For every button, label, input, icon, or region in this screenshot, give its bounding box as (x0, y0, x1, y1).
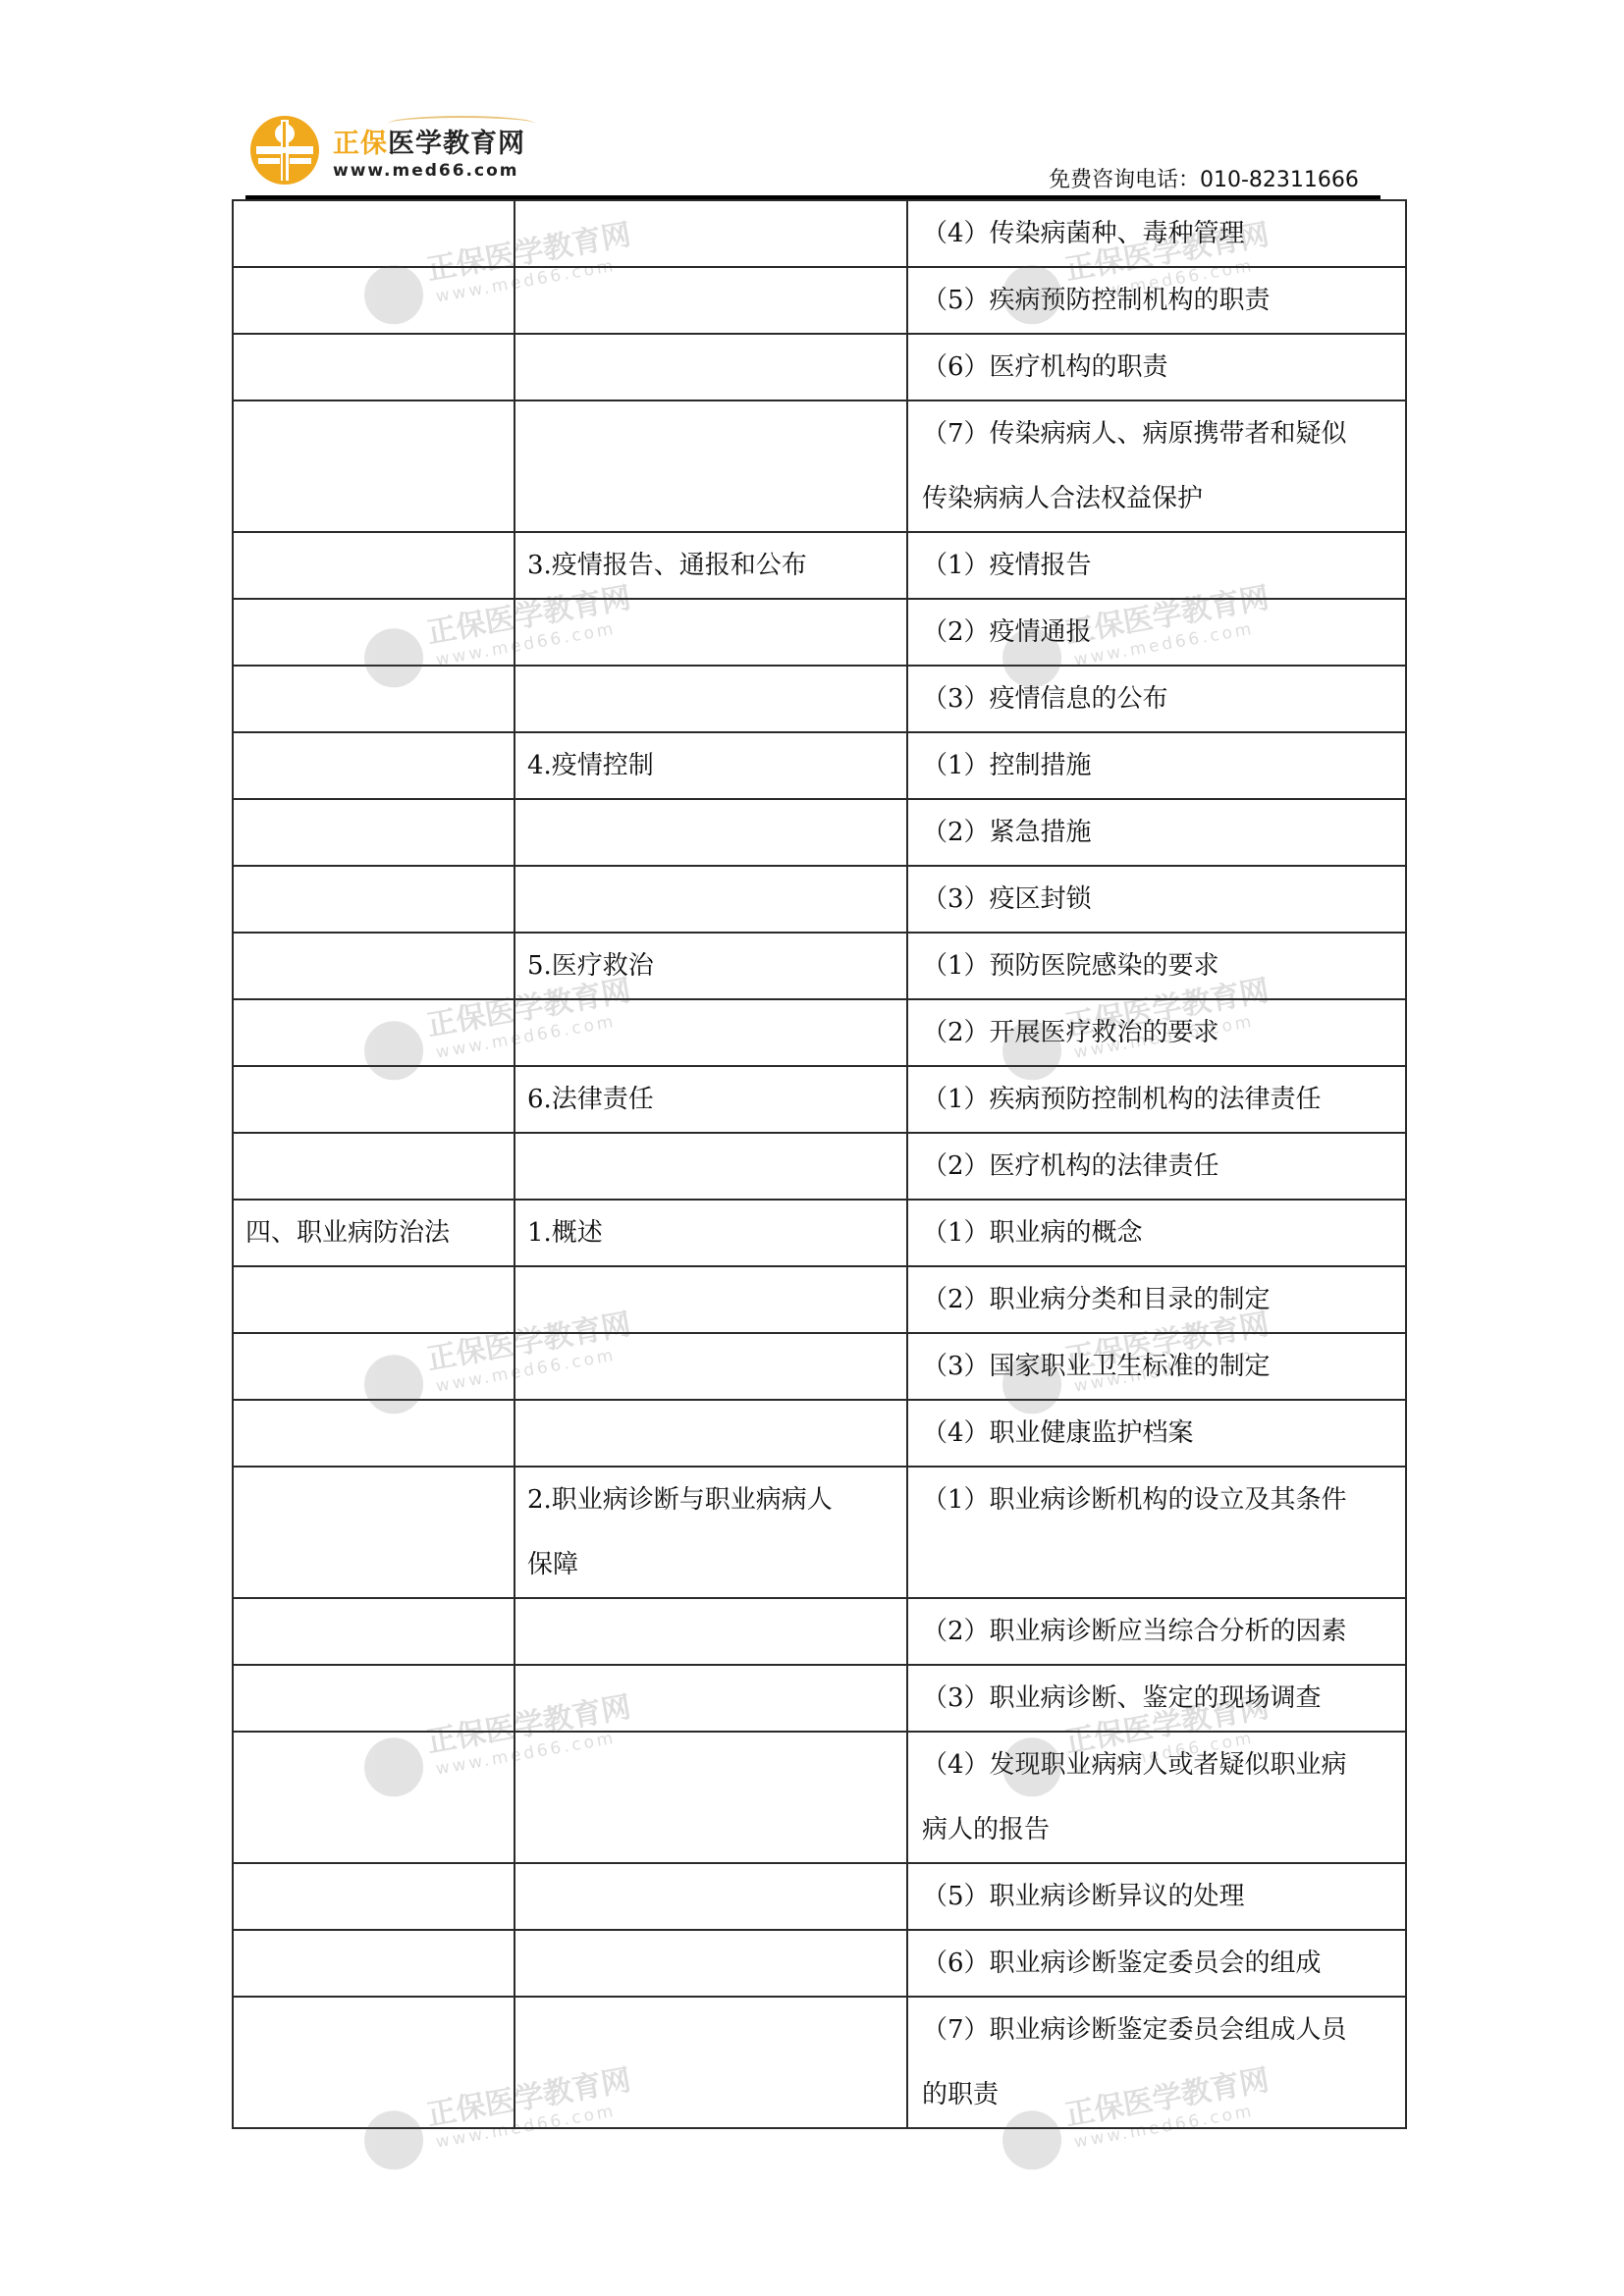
table-row: （4）传染病菌种、毒种管理 (233, 200, 1406, 267)
cell-text-line: （5）职业病诊断异议的处理 (922, 1864, 1399, 1929)
table-row: （5）疾病预防控制机构的职责 (233, 267, 1406, 334)
table-row: （2）职业病分类和目录的制定 (233, 1266, 1406, 1333)
cell-text-line: （1）职业病诊断机构的设立及其条件 (922, 1468, 1399, 1532)
logo-brand: 正保 (333, 129, 388, 159)
cell-text-line: （7）传染病病人、病原携带者和疑似 (922, 401, 1399, 466)
point-cell: （2）职业病诊断应当综合分析的因素 (907, 1598, 1406, 1665)
table-row: （2）紧急措施 (233, 799, 1406, 866)
unit-cell (514, 334, 907, 400)
unit-cell: 5.医疗救治 (514, 933, 907, 999)
unit-cell (514, 1732, 907, 1863)
cell-text (245, 401, 502, 466)
cell-text (245, 1733, 502, 1797)
cell-text-line: （3）疫区封锁 (922, 867, 1399, 932)
unit-cell: 3.疫情报告、通报和公布 (514, 532, 907, 599)
point-cell: （2）疫情通报 (907, 599, 1406, 666)
syllabus-table-body: （4）传染病菌种、毒种管理 （5）疾病预防控制机构的职责 （6）医疗机构的职责 … (233, 200, 1406, 2128)
cell-text (245, 1334, 502, 1399)
point-cell: （7）职业病诊断鉴定委员会组成人员的职责 (907, 1997, 1406, 2128)
cell-text (245, 201, 502, 266)
unit-cell: 6.法律责任 (514, 1066, 907, 1133)
point-cell: （7）传染病病人、病原携带者和疑似传染病病人合法权益保护 (907, 400, 1406, 532)
cell-text-line: 保障 (527, 1532, 894, 1597)
chapter-cell (233, 1400, 514, 1467)
unit-cell (514, 400, 907, 532)
chapter-cell (233, 1333, 514, 1400)
table-row: 6.法律责任（1）疾病预防控制机构的法律责任 (233, 1066, 1406, 1133)
unit-cell (514, 866, 907, 933)
cell-text-line: （1）预防医院感染的要求 (922, 934, 1399, 998)
unit-cell (514, 599, 907, 666)
logo-brand-rest: 医学教育网 (388, 129, 525, 159)
cell-text-line: （2）紧急措施 (922, 800, 1399, 865)
cell-text (527, 335, 894, 400)
cell-text (527, 1931, 894, 1996)
cell-text-line: （2）职业病诊断应当综合分析的因素 (922, 1599, 1399, 1664)
chapter-cell (233, 866, 514, 933)
table-row: （3）国家职业卫生标准的制定 (233, 1333, 1406, 1400)
cell-text-line: （1）控制措施 (922, 733, 1399, 798)
chapter-cell (233, 200, 514, 267)
cell-text-line: 2.职业病诊断与职业病病人 (527, 1468, 894, 1532)
cell-text (527, 1334, 894, 1399)
cell-text (245, 1267, 502, 1332)
cell-text-line: 病人的报告 (922, 1797, 1399, 1862)
unit-cell (514, 999, 907, 1066)
point-cell: （3）疫情信息的公布 (907, 666, 1406, 732)
cell-text (245, 1134, 502, 1199)
cell-text (245, 867, 502, 932)
cell-text (527, 1666, 894, 1731)
cell-text-line: 传染病病人合法权益保护 (922, 466, 1399, 531)
table-row: （4）职业健康监护档案 (233, 1400, 1406, 1467)
unit-cell (514, 1665, 907, 1732)
cell-text (527, 401, 894, 466)
chapter-cell (233, 1598, 514, 1665)
cell-text (245, 934, 502, 998)
chapter-cell (233, 1066, 514, 1133)
chapter-cell (233, 267, 514, 334)
point-cell: （2）紧急措施 (907, 799, 1406, 866)
cell-text (245, 1599, 502, 1664)
consult-phone: 免费咨询电话：010-82311666 (1049, 163, 1359, 193)
table-row: 4.疫情控制（1）控制措施 (233, 732, 1406, 799)
point-cell: （1）控制措施 (907, 732, 1406, 799)
point-cell: （4）传染病菌种、毒种管理 (907, 200, 1406, 267)
cell-text-line: （4）职业健康监护档案 (922, 1401, 1399, 1466)
chapter-cell (233, 1732, 514, 1863)
unit-cell (514, 200, 907, 267)
unit-cell (514, 1333, 907, 1400)
cell-text (527, 600, 894, 665)
chapter-cell (233, 1930, 514, 1997)
table-row: （2）医疗机构的法律责任 (233, 1133, 1406, 1200)
unit-cell (514, 1598, 907, 1665)
table-row: （2）疫情通报 (233, 599, 1406, 666)
unit-cell: 2.职业病诊断与职业病病人保障 (514, 1467, 907, 1598)
point-cell: （4）发现职业病病人或者疑似职业病病人的报告 (907, 1732, 1406, 1863)
cell-text: 4.疫情控制 (527, 733, 894, 798)
point-cell: （4）职业健康监护档案 (907, 1400, 1406, 1467)
cell-text (245, 733, 502, 798)
point-cell: （6）职业病诊断鉴定委员会的组成 (907, 1930, 1406, 1997)
chapter-cell (233, 599, 514, 666)
table-row: 5.医疗救治（1）预防医院感染的要求 (233, 933, 1406, 999)
cell-text (245, 600, 502, 665)
cell-text-line: （3）职业病诊断、鉴定的现场调查 (922, 1666, 1399, 1731)
cell-text-line: （4）传染病菌种、毒种管理 (922, 201, 1399, 266)
table-row: （4）发现职业病病人或者疑似职业病病人的报告 (233, 1732, 1406, 1863)
cell-text (527, 268, 894, 333)
unit-cell (514, 1997, 907, 2128)
cell-text (245, 1864, 502, 1929)
point-cell: （2）医疗机构的法律责任 (907, 1133, 1406, 1200)
cell-text-line: （3）疫情信息的公布 (922, 667, 1399, 731)
chapter-cell (233, 1665, 514, 1732)
cell-text-line: （2）开展医疗救治的要求 (922, 1000, 1399, 1065)
cell-text: 1.概述 (527, 1201, 894, 1265)
cell-text (245, 1931, 502, 1996)
chapter-cell (233, 334, 514, 400)
point-cell: （6）医疗机构的职责 (907, 334, 1406, 400)
cell-text-line: （4）发现职业病病人或者疑似职业病 (922, 1733, 1399, 1797)
chapter-cell (233, 1133, 514, 1200)
cell-text (245, 1666, 502, 1731)
unit-cell (514, 1930, 907, 1997)
unit-cell: 4.疫情控制 (514, 732, 907, 799)
cell-text: 6.法律责任 (527, 1067, 894, 1132)
cell-text-line: （7）职业病诊断鉴定委员会组成人员 (922, 1998, 1399, 2062)
table-row: （3）疫区封锁 (233, 866, 1406, 933)
cell-text (245, 1401, 502, 1466)
table-row: （7）职业病诊断鉴定委员会组成人员的职责 (233, 1997, 1406, 2128)
cell-text (245, 667, 502, 731)
table-row: 2.职业病诊断与职业病病人保障（1）职业病诊断机构的设立及其条件 (233, 1467, 1406, 1598)
cell-text (527, 1401, 894, 1466)
chapter-cell (233, 1863, 514, 1930)
cell-text (245, 1067, 502, 1132)
table-row: （6）医疗机构的职责 (233, 334, 1406, 400)
cell-text: 四、职业病防治法 (245, 1201, 502, 1265)
unit-cell (514, 1133, 907, 1200)
table-row: （2）职业病诊断应当综合分析的因素 (233, 1598, 1406, 1665)
cell-text (527, 800, 894, 865)
chapter-cell (233, 532, 514, 599)
unit-cell (514, 1863, 907, 1930)
chapter-cell (233, 400, 514, 532)
point-cell: （2）职业病分类和目录的制定 (907, 1266, 1406, 1333)
cell-text-line: （3）国家职业卫生标准的制定 (922, 1334, 1399, 1399)
table-row: （7）传染病病人、病原携带者和疑似传染病病人合法权益保护 (233, 400, 1406, 532)
table-row: （3）疫情信息的公布 (233, 666, 1406, 732)
chapter-cell (233, 1997, 514, 2128)
chapter-cell (233, 999, 514, 1066)
cell-text (245, 268, 502, 333)
point-cell: （5）职业病诊断异议的处理 (907, 1863, 1406, 1930)
cell-text-line: （1）疾病预防控制机构的法律责任 (922, 1067, 1399, 1132)
point-cell: （1）预防医院感染的要求 (907, 933, 1406, 999)
cell-text-line: （6）医疗机构的职责 (922, 335, 1399, 400)
cell-text (245, 800, 502, 865)
unit-cell (514, 267, 907, 334)
cell-text (527, 867, 894, 932)
cell-text (245, 1000, 502, 1065)
cell-text (245, 1468, 502, 1532)
table-row: （2）开展医疗救治的要求 (233, 999, 1406, 1066)
unit-cell (514, 1266, 907, 1333)
point-cell: （1）疫情报告 (907, 532, 1406, 599)
point-cell: （1）职业病诊断机构的设立及其条件 (907, 1467, 1406, 1598)
chapter-cell (233, 732, 514, 799)
table-row: 3.疫情报告、通报和公布（1）疫情报告 (233, 532, 1406, 599)
table-row: （3）职业病诊断、鉴定的现场调查 (233, 1665, 1406, 1732)
cell-text (527, 1998, 894, 2062)
cell-text (245, 1998, 502, 2062)
cell-text: 3.疫情报告、通报和公布 (527, 533, 894, 598)
table-row: 四、职业病防治法1.概述（1）职业病的概念 (233, 1200, 1406, 1266)
unit-cell (514, 1400, 907, 1467)
cell-text (527, 1134, 894, 1199)
table-row: （5）职业病诊断异议的处理 (233, 1863, 1406, 1930)
cell-text-line: （2）医疗机构的法律责任 (922, 1134, 1399, 1199)
chapter-cell: 四、职业病防治法 (233, 1200, 514, 1266)
cell-text (527, 1864, 894, 1929)
unit-cell: 1.概述 (514, 1200, 907, 1266)
logo-title: 正保医学教育网 (333, 122, 525, 160)
cell-text-line: （2）职业病分类和目录的制定 (922, 1267, 1399, 1332)
chapter-cell (233, 933, 514, 999)
table-row: （6）职业病诊断鉴定委员会的组成 (233, 1930, 1406, 1997)
cell-text-line: （6）职业病诊断鉴定委员会的组成 (922, 1931, 1399, 1996)
unit-cell (514, 666, 907, 732)
cell-text (527, 1733, 894, 1797)
cell-text (527, 1267, 894, 1332)
logo-url: www.med66.com (333, 161, 518, 181)
cell-text-line: （1）职业病的概念 (922, 1201, 1399, 1265)
cell-text-line: 的职责 (922, 2062, 1399, 2127)
unit-cell (514, 799, 907, 866)
point-cell: （5）疾病预防控制机构的职责 (907, 267, 1406, 334)
cell-text (527, 201, 894, 266)
cell-text (527, 667, 894, 731)
point-cell: （3）国家职业卫生标准的制定 (907, 1333, 1406, 1400)
chapter-cell (233, 799, 514, 866)
chapter-cell (233, 1467, 514, 1598)
point-cell: （1）疾病预防控制机构的法律责任 (907, 1066, 1406, 1133)
cell-text-line: （2）疫情通报 (922, 600, 1399, 665)
point-cell: （2）开展医疗救治的要求 (907, 999, 1406, 1066)
cell-text-line: （1）疫情报告 (922, 533, 1399, 598)
cell-text (245, 335, 502, 400)
syllabus-table: （4）传染病菌种、毒种管理 （5）疾病预防控制机构的职责 （6）医疗机构的职责 … (232, 199, 1407, 2129)
chapter-cell (233, 1266, 514, 1333)
logo-cross-icon (250, 116, 319, 185)
site-logo: 正保医学教育网 www.med66.com (250, 116, 545, 194)
cell-text (527, 1599, 894, 1664)
point-cell: （3）疫区封锁 (907, 866, 1406, 933)
point-cell: （1）职业病的概念 (907, 1200, 1406, 1266)
cell-text (527, 1000, 894, 1065)
point-cell: （3）职业病诊断、鉴定的现场调查 (907, 1665, 1406, 1732)
chapter-cell (233, 666, 514, 732)
cell-text-line: （5）疾病预防控制机构的职责 (922, 268, 1399, 333)
cell-text: 5.医疗救治 (527, 934, 894, 998)
cell-text (245, 533, 502, 598)
